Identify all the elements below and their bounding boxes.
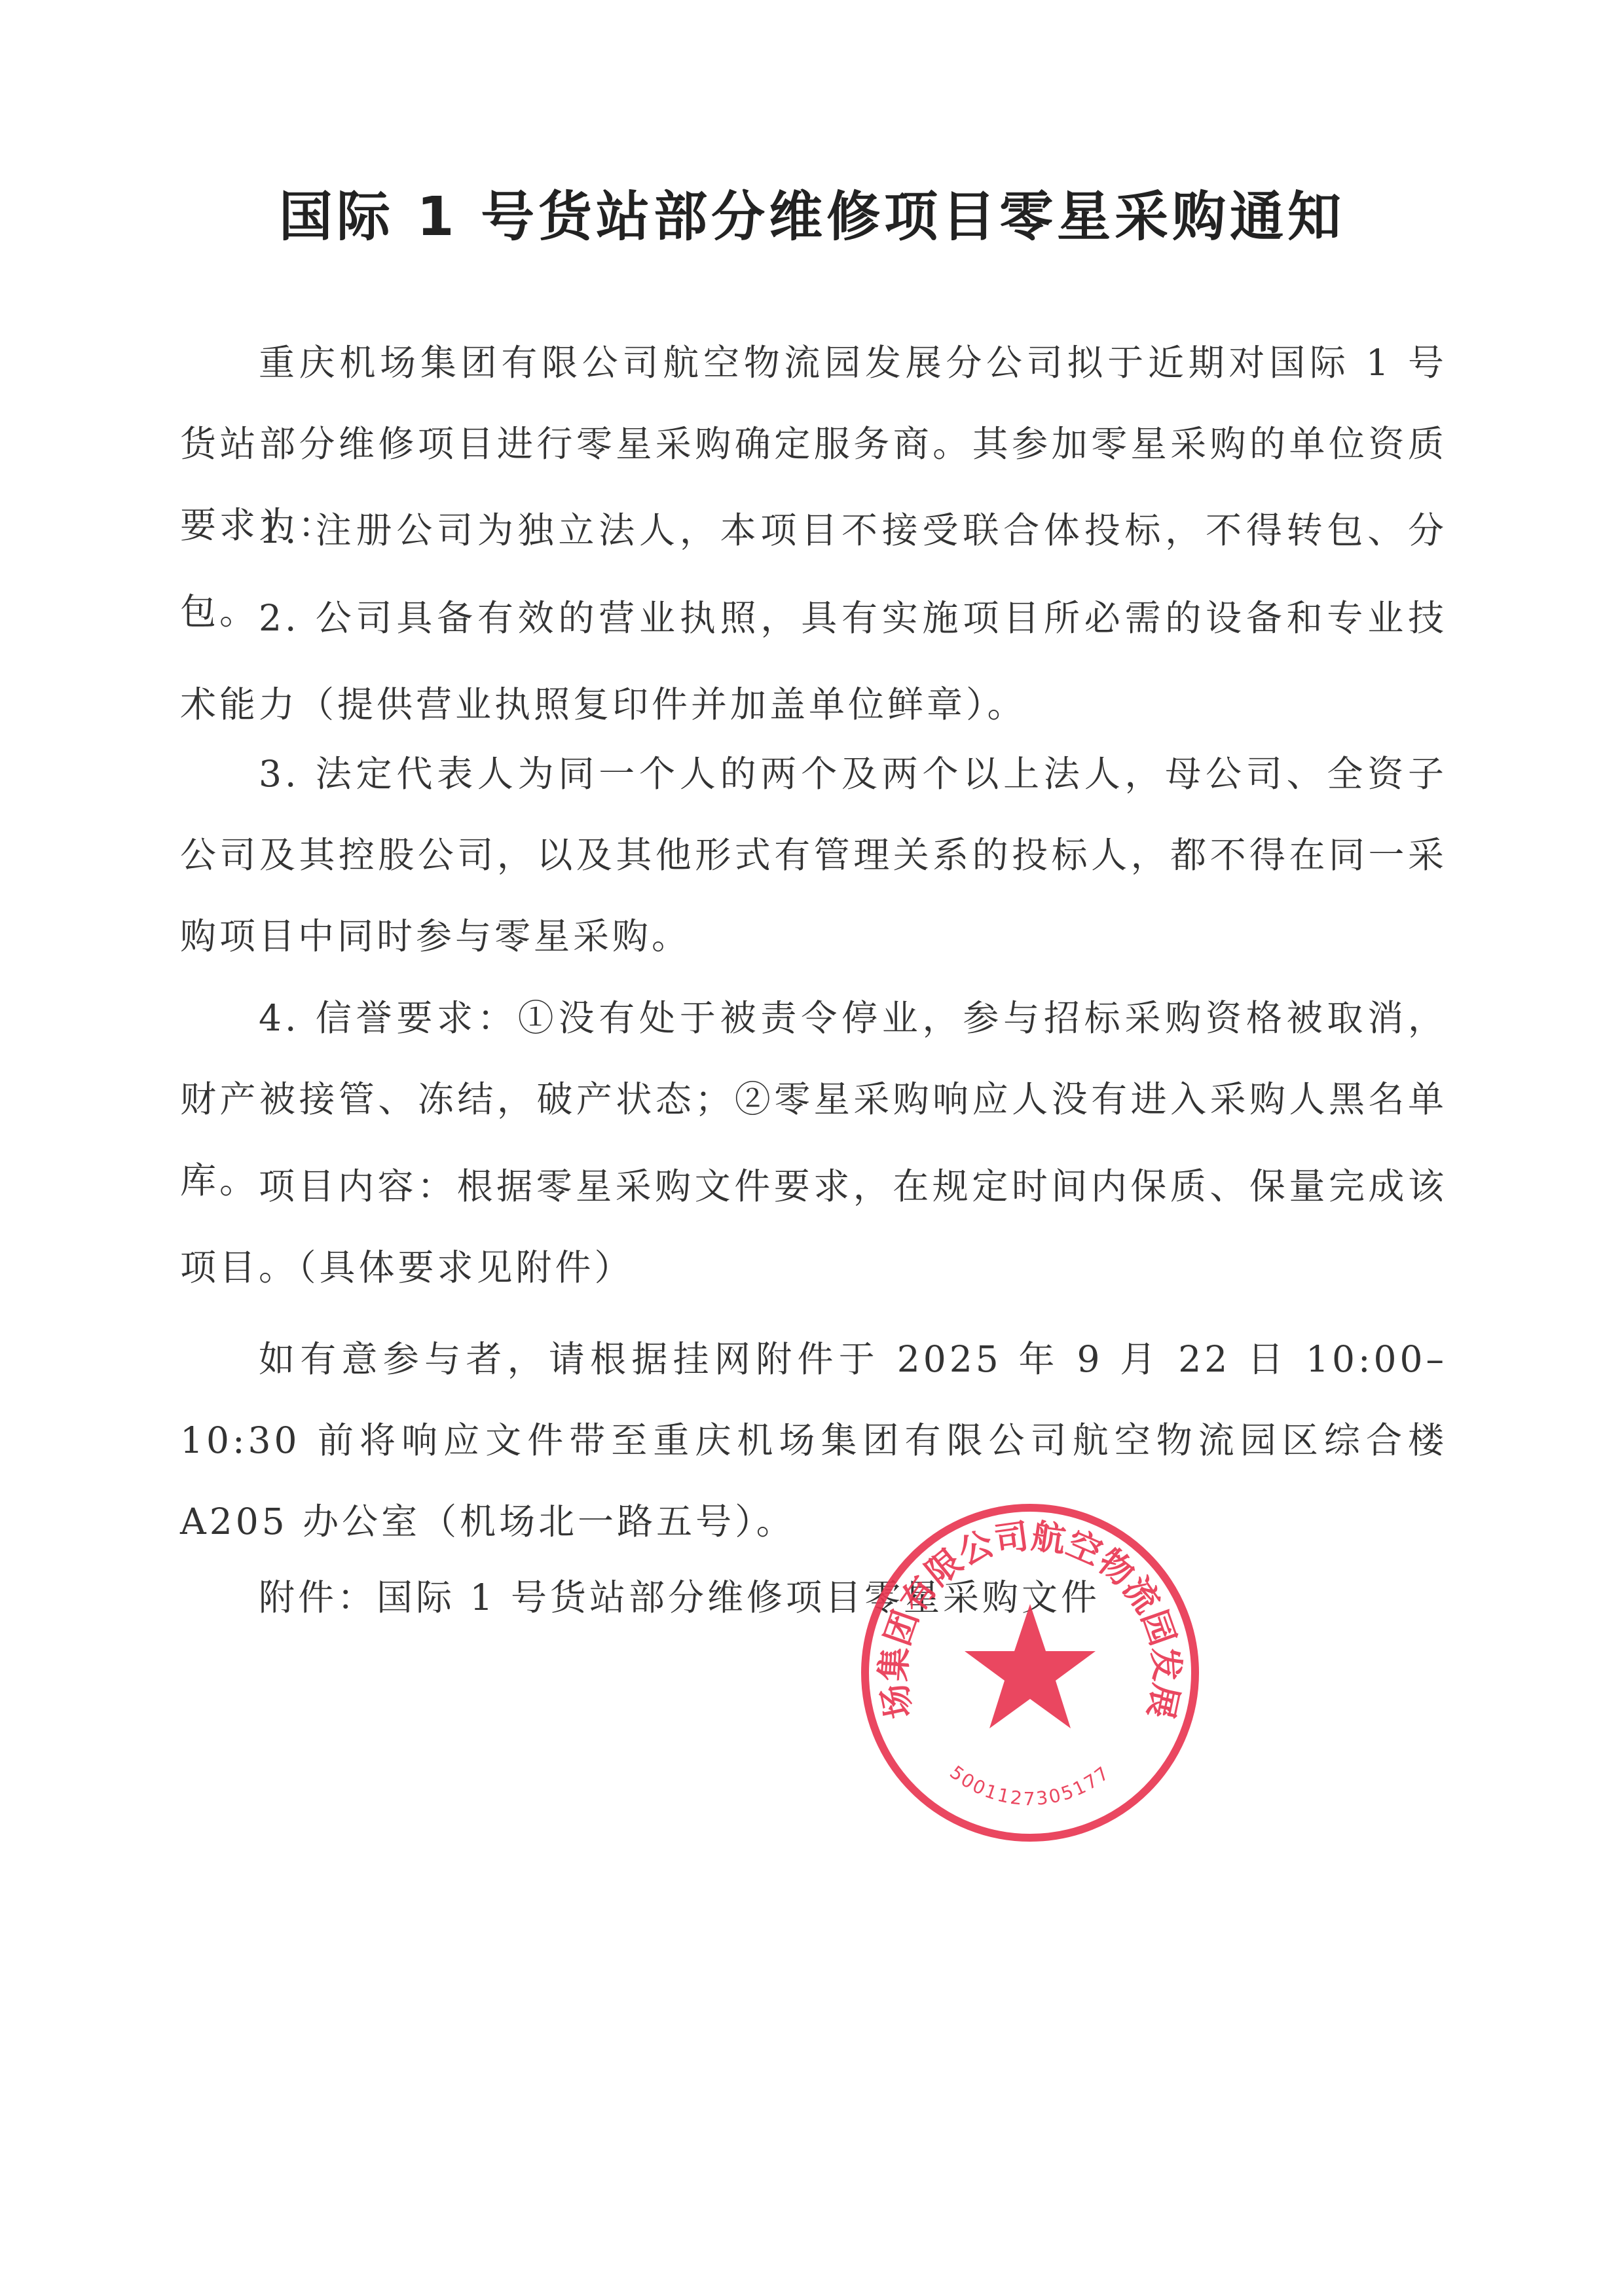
requirement-3-paragraph: 3. 法定代表人为同一个人的两个及两个以上法人，母公司、全资子公司及其控股公司，… (180, 733, 1447, 977)
submission-text: 如有意参与者，请根据挂网附件于 2025 年 9 月 22 日 10:00–10… (180, 1319, 1447, 1562)
document-page: 国际 1 号货站部分维修项目零星采购通知 重庆机场集团有限公司航空物流园发展分公… (0, 0, 1624, 2296)
seal-code: 5001127305177 (946, 1761, 1114, 1810)
submission-paragraph: 如有意参与者，请根据挂网附件于 2025 年 9 月 22 日 10:00–10… (180, 1319, 1447, 1562)
requirement-3-text: 3. 法定代表人为同一个人的两个及两个以上法人，母公司、全资子公司及其控股公司，… (180, 733, 1447, 977)
requirement-2-text: 2. 公司具备有效的营业执照，具有实施项目所必需的设备和专业技术能力（提供营业执… (180, 575, 1447, 748)
requirement-2-paragraph: 2. 公司具备有效的营业执照，具有实施项目所必需的设备和专业技术能力（提供营业执… (180, 575, 1447, 748)
project-content-paragraph: 项目内容：根据零星采购文件要求，在规定时间内保质、保量完成该项目。（具体要求见附… (180, 1146, 1447, 1308)
attachment-text: 附件：国际 1 号货站部分维修项目零星采购文件 (180, 1557, 1447, 1638)
document-title: 国际 1 号货站部分维修项目零星采购通知 (0, 181, 1624, 253)
project-content-text: 项目内容：根据零星采购文件要求，在规定时间内保质、保量完成该项目。（具体要求见附… (180, 1146, 1447, 1308)
attachment-paragraph: 附件：国际 1 号货站部分维修项目零星采购文件 (180, 1557, 1447, 1638)
